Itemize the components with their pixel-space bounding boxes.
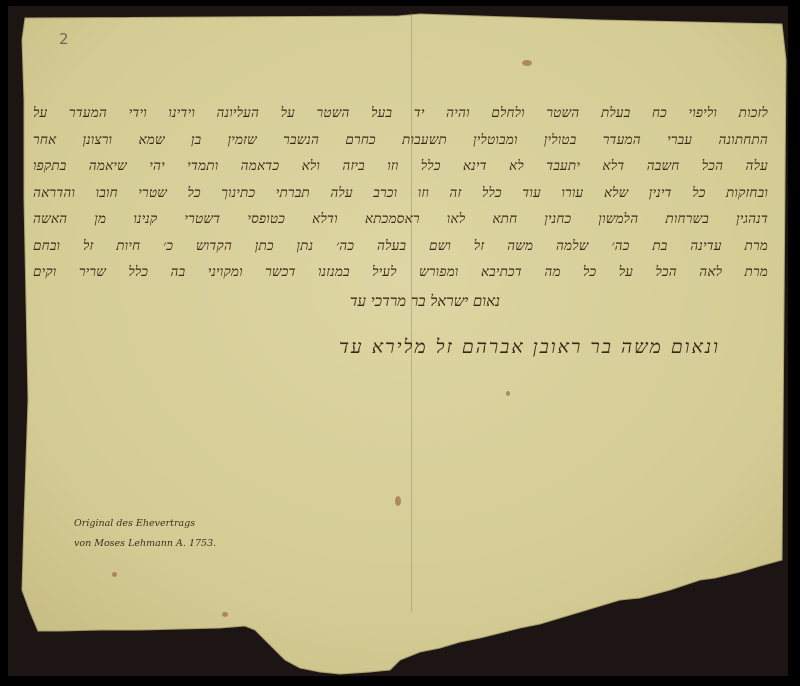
ink-stain <box>506 391 510 396</box>
ink-stain <box>522 60 532 66</box>
body-line: ובחזקות כל דינין שלא עורו עוד כלל זה וזו… <box>33 180 768 207</box>
body-line: מרת עדינה בת כה׳ שלמה משה זל ושם בעלה כה… <box>33 233 768 260</box>
archival-note-line-2: von Moses Lehmann A. 1753. <box>74 534 216 554</box>
page-number: 2 <box>59 30 69 48</box>
archival-note: Original des Ehevertrags von Moses Lehma… <box>74 514 216 554</box>
hebrew-body-text: לזכות וליפוי כח בעלת השטר ולחלם והיה יד … <box>33 100 768 286</box>
body-line: לזכות וליפוי כח בעלת השטר ולחלם והיה יד … <box>33 100 768 127</box>
body-line: עלה הכל חשבה דלא יתעבד לא דינא כלל וזו ב… <box>33 153 768 180</box>
ink-stain <box>395 496 401 506</box>
body-line: דנהגין בשרחות הלמשון כחנין חתא לאו ראסמכ… <box>33 206 768 233</box>
ink-stain <box>222 612 228 617</box>
body-line: מרת לאה הכל על כל מה דכתיבא ומפורש לעיל … <box>33 259 768 286</box>
body-line: התחתונה עברי המעדר בטולין ומבוטלין תשעבו… <box>33 127 768 154</box>
witness-signature-1: נאום ישראל בר מרדכי עד <box>350 292 500 311</box>
ink-stain <box>112 572 117 577</box>
scan-frame: 2 לזכות וליפוי כח בעלת השטר ולחלם והיה י… <box>0 0 800 686</box>
witness-signature-2: ונאום משה בר ראובן אברהם זל מלירא עד <box>339 336 720 359</box>
archival-note-line-1: Original des Ehevertrags <box>74 514 216 534</box>
